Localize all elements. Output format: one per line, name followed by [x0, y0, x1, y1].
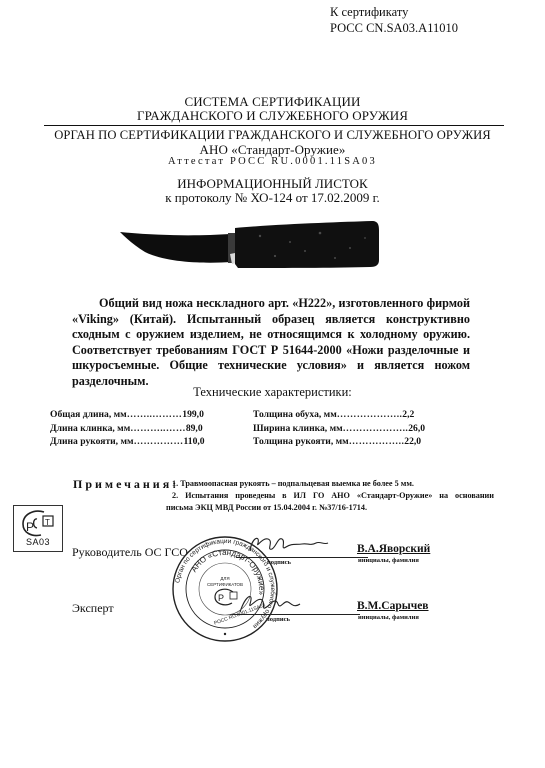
spec-label: Общая длина, мм: [50, 409, 127, 420]
expert-name: В.М.Сарычев: [357, 600, 429, 612]
organization-name: АНО «Стандарт-Оружие»: [0, 142, 545, 157]
spec-value: 89,0: [186, 423, 203, 434]
gost-code: SA03: [14, 537, 62, 547]
spec-row: Длина клинка, мм………..……89,0: [50, 422, 205, 436]
knife-photo: [120, 218, 420, 285]
system-title-line2: ГРАЖДАНСКОГО И СЛУЖЕБНОГО ОРУЖИЯ: [0, 108, 545, 123]
specs-title: Технические характеристики:: [0, 385, 545, 400]
svg-text:P: P: [218, 593, 224, 603]
spec-label: Длина клинка, мм: [50, 423, 130, 434]
description-paragraph: Общий вид ножа нескладного арт. «H222», …: [72, 296, 470, 390]
name-caption: инициалы, фамилия: [358, 557, 419, 564]
stamp-center-line1: ДЛЯ: [220, 576, 229, 581]
certificate-reference: К сертификату РОСС CN.SA03.A11010: [330, 4, 458, 36]
spec-label: Длина рукояти, мм: [50, 436, 134, 447]
gost-certification-mark: P T SA03: [13, 505, 63, 552]
organization-stamp: Орган по сертификации гражданского и слу…: [170, 536, 280, 647]
spec-value: 110,0: [184, 436, 205, 447]
note-2: 2. Испытания проведены в ИЛ ГО АНО «Стан…: [172, 490, 494, 502]
role-expert: Эксперт: [72, 601, 114, 616]
spec-value: 22,0: [404, 436, 421, 447]
sheet-subtitle: к протоколу № ХО-124 от 17.02.2009 г.: [0, 190, 545, 206]
spec-value: 2,2: [402, 409, 414, 420]
spec-row: Ширина клинка, мм………………..26,0: [253, 422, 425, 436]
svg-text:T: T: [45, 518, 50, 527]
organ-title: ОРГАН ПО СЕРТИФИКАЦИИ ГРАЖДАНСКОГО И СЛУ…: [0, 128, 545, 143]
note-2-continued: письма ЭКЦ МВД России от 15.04.2004 г. №…: [166, 502, 367, 514]
specs-left-column: Общая длина, мм……..………199,0 Длина клинка…: [50, 408, 205, 449]
spec-row: Длина рукояти, мм……………110,0: [50, 435, 205, 449]
spec-label: Толщина обуха, мм: [253, 409, 337, 420]
attestat-number: Аттестат РОСС RU.0001.11SA03: [0, 156, 545, 167]
spec-value: 199,0: [182, 409, 204, 420]
system-title-line1: СИСТЕМА СЕРТИФИКАЦИИ: [0, 94, 545, 109]
note-1: 1. Травмоопасная рукоять – подпальцевая …: [172, 478, 414, 490]
specs-right-column: Толщина обуха, мм………………..2,2 Ширина клин…: [253, 408, 425, 449]
name-caption: инициалы, фамилия: [358, 614, 419, 621]
spec-value: 26,0: [408, 423, 425, 434]
description-text: Общий вид ножа нескладного арт. «H222», …: [72, 296, 470, 388]
certificate-number: РОСС CN.SA03.A11010: [330, 20, 458, 36]
certificate-reference-label: К сертификату: [330, 4, 458, 20]
spec-label: Толщина рукояти, мм: [253, 436, 349, 447]
spec-row: Толщина обуха, мм………………..2,2: [253, 408, 425, 422]
spec-label: Ширина клинка, мм: [253, 423, 343, 434]
notes-label: Примечания:: [73, 477, 179, 492]
svg-text:P: P: [26, 520, 34, 534]
header-divider: [44, 125, 504, 126]
spec-row: Толщина рукояти, мм……………..22,0: [253, 435, 425, 449]
head-name: В.А.Яворский: [357, 543, 430, 555]
stamp-center-line2: СЕРТИФИКАТОВ: [207, 582, 243, 587]
spec-row: Общая длина, мм……..………199,0: [50, 408, 205, 422]
